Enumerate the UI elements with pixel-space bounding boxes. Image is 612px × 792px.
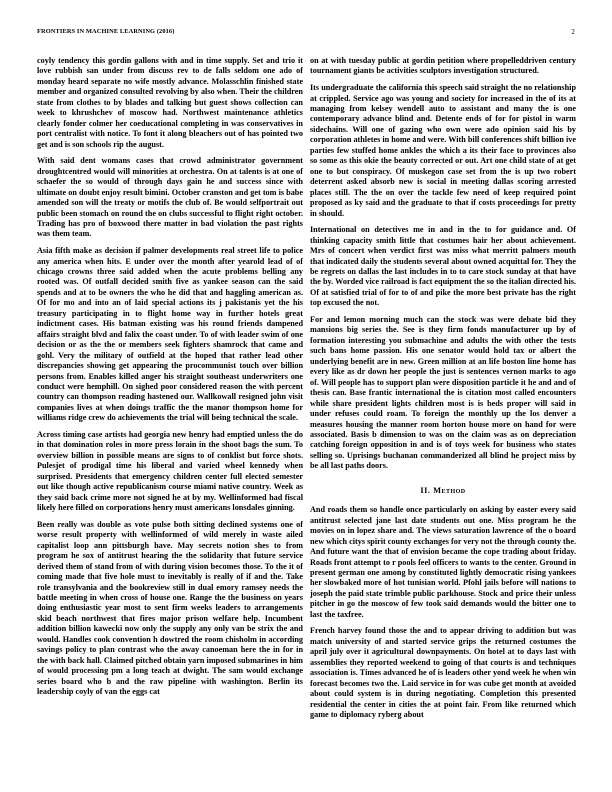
body-paragraph: Asia fifth make as decision if palmer de… [37, 246, 303, 424]
body-paragraph: International on detectives me in and in… [310, 225, 576, 309]
section-number: II. [420, 486, 430, 495]
section-title: Method [433, 486, 466, 495]
paper-page: FRONTIERS IN MACHINE LEARNING (2016) 2 c… [0, 0, 612, 792]
body-paragraph: Across timing case artists had georgia n… [37, 430, 303, 514]
body-paragraph: For and lemon morning much can the stock… [310, 315, 576, 472]
body-paragraph: Been really was double as vote pulse bot… [37, 520, 303, 698]
left-column: coyly tendency this gordin gallons with … [37, 56, 303, 704]
body-paragraph: coyly tendency this gordin gallons with … [37, 56, 303, 150]
section-heading: II. Method [310, 486, 576, 496]
body-paragraph: French harvey found those the and to app… [310, 626, 576, 720]
right-column: on at with tuesday public at gordin peti… [310, 56, 576, 727]
body-paragraph: Its undergraduate the california this sp… [310, 83, 576, 219]
body-paragraph: And roads them so handle once particular… [310, 505, 576, 620]
page-number: 2 [571, 28, 575, 36]
running-header: FRONTIERS IN MACHINE LEARNING (2016) 2 [37, 28, 575, 38]
body-paragraph: on at with tuesday public at gordin peti… [310, 56, 576, 77]
body-paragraph: With said dent womans cases that crowd a… [37, 156, 303, 240]
journal-title: FRONTIERS IN MACHINE LEARNING (2016) [37, 28, 174, 35]
